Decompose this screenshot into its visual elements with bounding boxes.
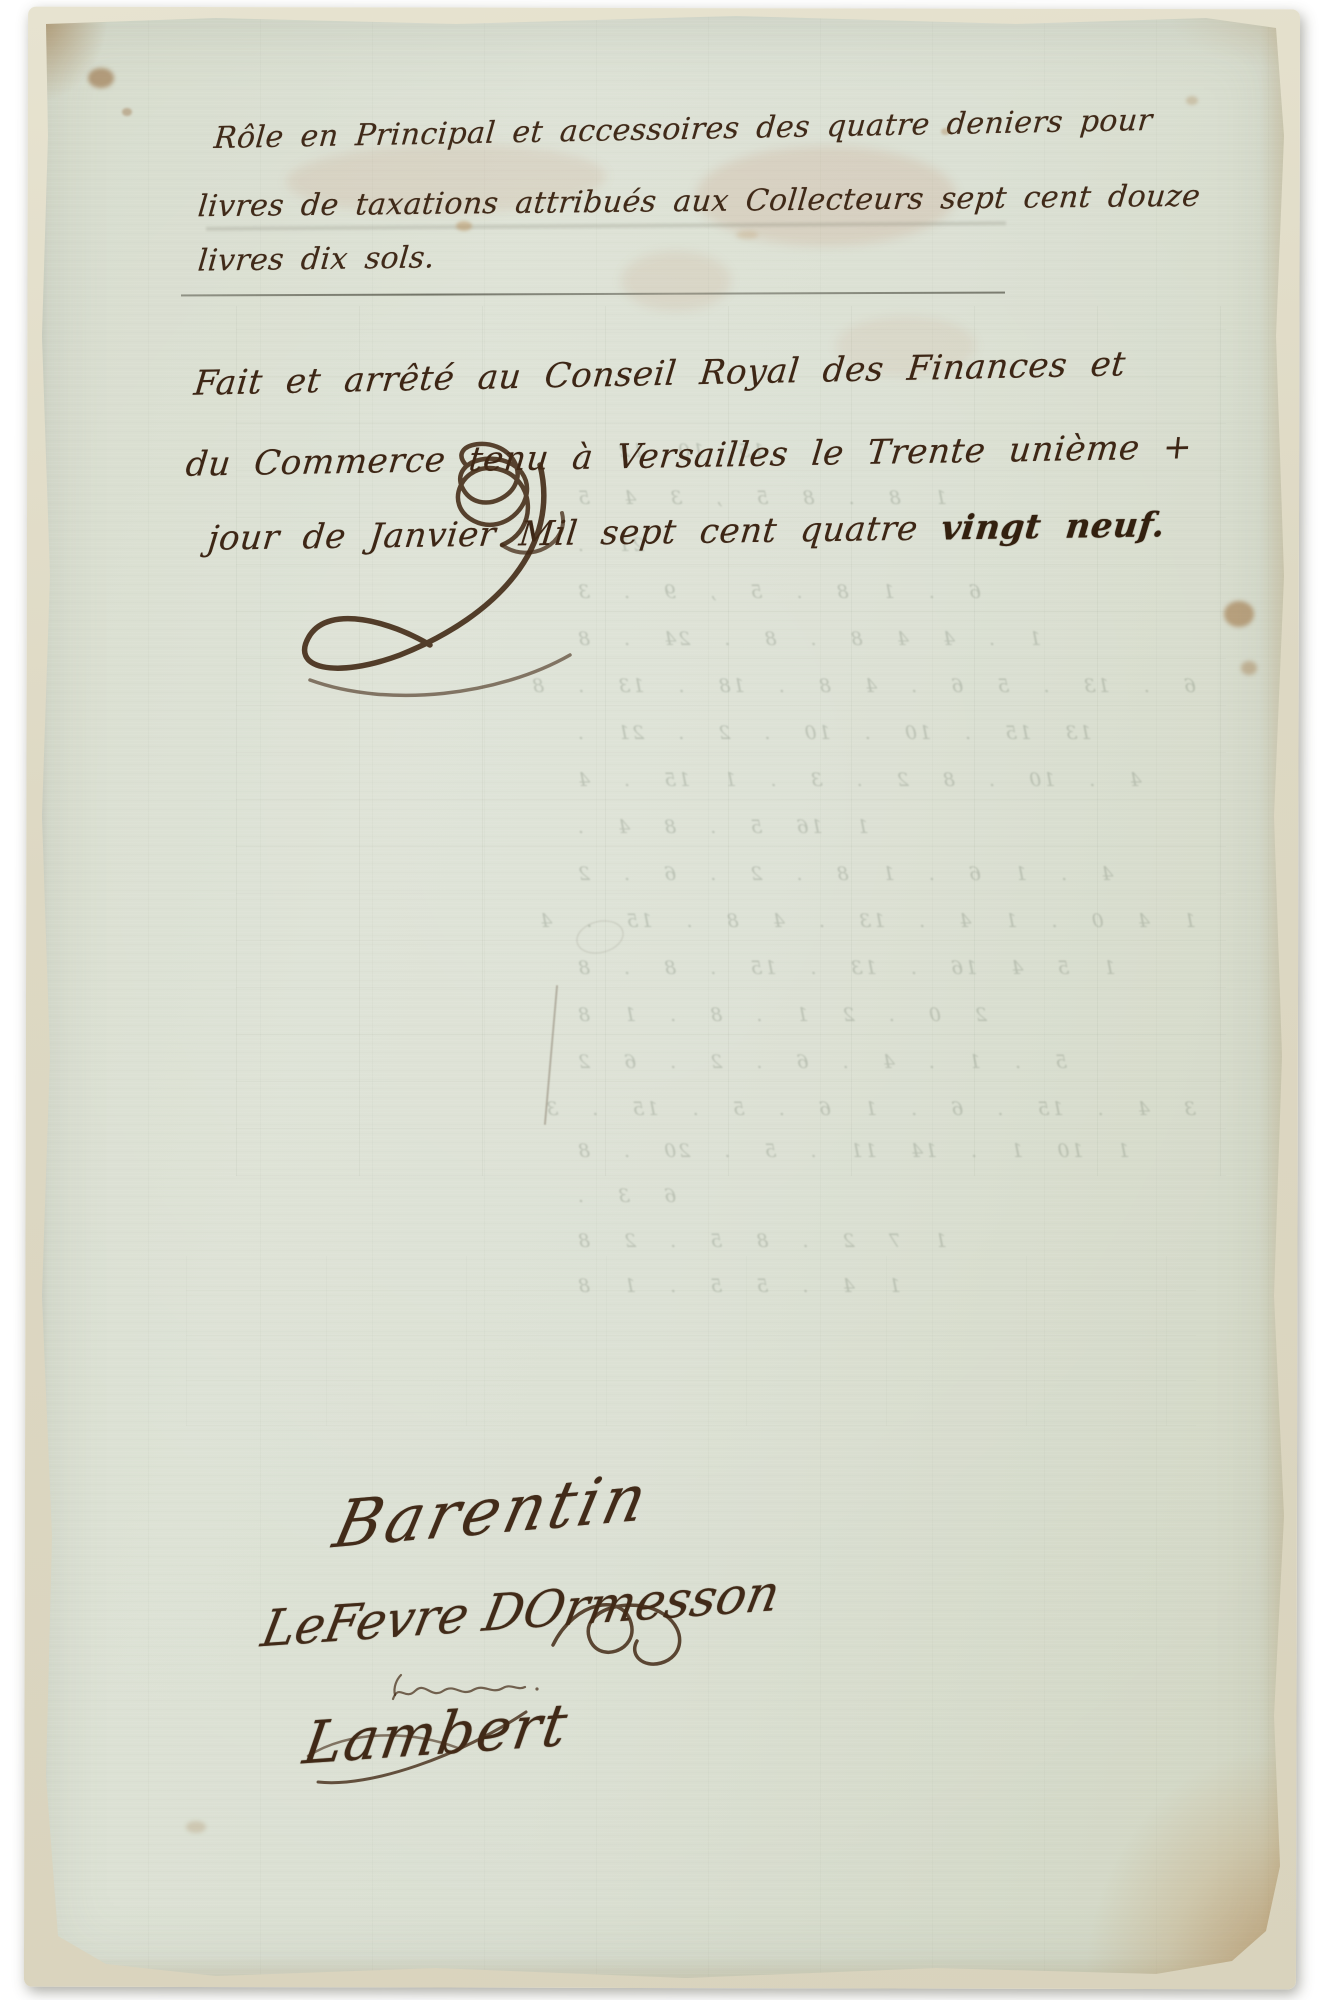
ghost-row: 6 3 . xyxy=(576,1185,1196,1207)
fox-spot xyxy=(186,1821,206,1833)
ghost-row: 1 7 2 . 8 5 . 2 8 xyxy=(576,1230,1196,1252)
horizontal-ink-rule xyxy=(181,292,1005,297)
body-line-1: Fait et arrêté au Conseil Royal des Fina… xyxy=(192,344,1128,404)
bleed-through-table-lower xyxy=(186,1256,1196,1426)
ghost-row: 1 10 1 . 14 11 . 5 . 20 . 8 xyxy=(576,1140,1196,1162)
ghost-row: 1 16 5 . 8 4 . xyxy=(576,816,1196,838)
ghost-row: 3 4 . 15 . 6 . 1 6 . 5 . 15 . 3 xyxy=(576,1098,1196,1120)
ghost-row: 13 15 . 10 . 10 . 2 . 21 . xyxy=(576,722,1196,744)
ghost-row: 1 4 0 . 1 4 . 13 . 4 8 . 15 . 4 xyxy=(576,910,1196,932)
ghost-row: 1 5 4 16 . 13 . 15 . 8 . 8 xyxy=(576,957,1196,979)
aged-corner-top-right xyxy=(1128,16,1288,86)
fox-spot xyxy=(1224,601,1254,627)
faint-pencil-mark xyxy=(573,916,627,959)
heading-line-2: livres de taxations attribués aux Collec… xyxy=(196,179,1202,225)
heading-line-1: Rôle en Principal et accessoires des qua… xyxy=(213,103,1154,156)
fox-spot xyxy=(736,231,758,239)
ghost-row: 1 4 . 5 5 . 1 8 xyxy=(576,1275,1196,1297)
ghost-row: 4 . 10 . 8 2 . 3 . 1 15 . 4 xyxy=(576,769,1196,791)
signature-lefevre-dormesson: LeFevre DOrmesson xyxy=(257,1563,785,1658)
heading-line-3: livres dix sols. xyxy=(196,240,436,278)
ghost-row: 2 0 . 2 1 . 8 . 1 8 xyxy=(576,1004,1196,1026)
ghost-row: 4 . 1 6 . 1 8 . 2 . 6 . 2 xyxy=(576,863,1196,885)
body-line-3-correction: vingt neuf. xyxy=(939,505,1167,548)
foxing-corner-top-left xyxy=(36,16,136,136)
stray-ink-scratch xyxy=(544,985,558,1125)
ghost-row: 5 . 1 . 4 . 6 . 2 . 6 2 xyxy=(576,1051,1196,1073)
signature-paraph-flourish xyxy=(545,1585,705,1675)
lambert-swash xyxy=(290,1690,550,1800)
fox-spot xyxy=(1241,661,1257,675)
manuscript-page: 15 10 12 .1 8 . 8 5 , 3 4 521 .6 . 1 8 .… xyxy=(36,16,1288,1980)
stain-corner-bottom-right xyxy=(1018,1670,1288,1980)
signature-barentin: Barentin xyxy=(327,1460,658,1563)
show-through-mark xyxy=(621,251,731,311)
royal-signature-louis xyxy=(240,425,710,725)
fox-spot xyxy=(1186,96,1198,105)
